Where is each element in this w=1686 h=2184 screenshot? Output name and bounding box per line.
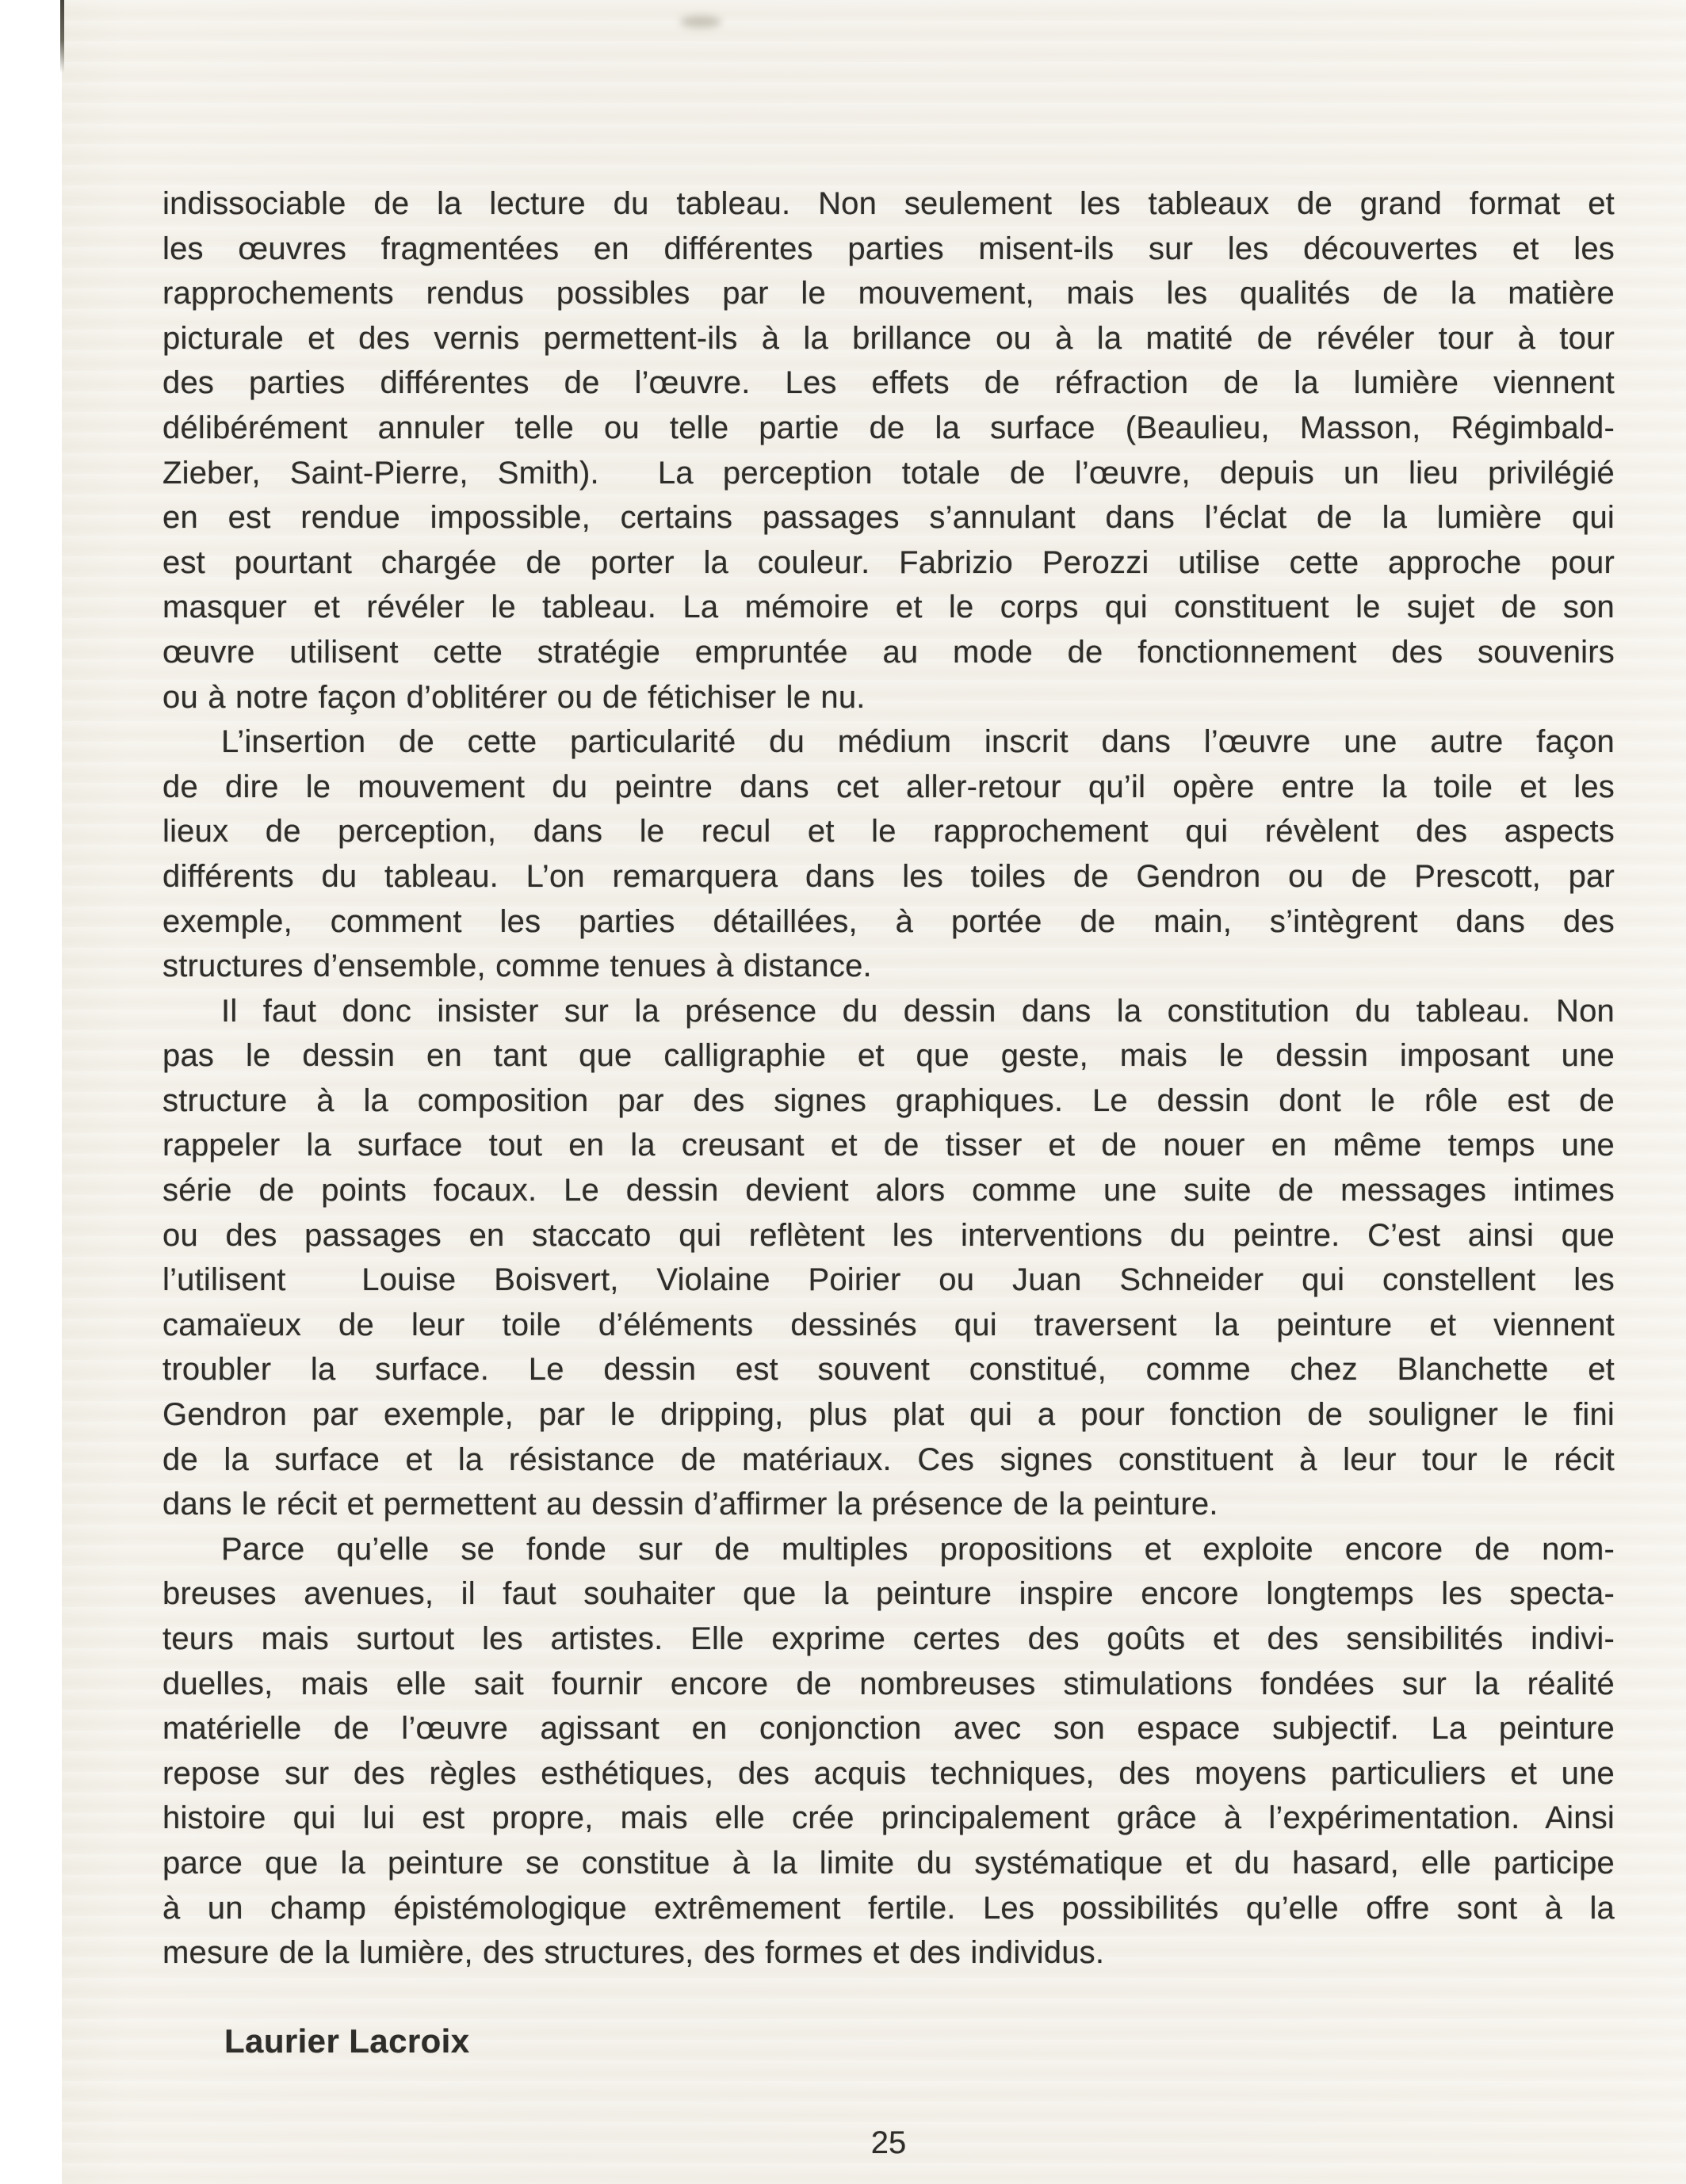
text-line: à un champ épistémologique extrêmement f… (162, 1886, 1615, 1931)
text-line: L’insertion de cette particularité du mé… (162, 720, 1615, 765)
text-line: matérielle de l’œuvre agissant en conjon… (162, 1706, 1615, 1751)
text-line: de la surface et la résistance de matéri… (162, 1438, 1615, 1483)
text-line: histoire qui lui est propre, mais elle c… (162, 1796, 1615, 1841)
text-line: exemple, comment les parties détaillées,… (162, 899, 1615, 945)
text-line: œuvre utilisent cette stratégie emprunté… (162, 630, 1615, 675)
text-line: structure à la composition par des signe… (162, 1079, 1615, 1124)
scan-smudge (680, 16, 721, 28)
text-line: est pourtant chargée de porter la couleu… (162, 540, 1615, 586)
text-line: des parties différentes de l’œuvre. Les … (162, 361, 1615, 406)
text-line: structures d’ensemble, comme tenues à di… (162, 944, 1615, 989)
text-line: indissociable de la lecture du tableau. … (162, 181, 1615, 227)
page-number: 25 (162, 2121, 1615, 2165)
author-signature: Laurier Lacroix (224, 2018, 469, 2064)
text-line: Zieber, Saint-Pierre, Smith). La percept… (162, 451, 1615, 496)
text-line: ou des passages en staccato qui reflèten… (162, 1213, 1615, 1258)
text-line: Parce qu’elle se fonde sur de multiples … (162, 1527, 1615, 1572)
text-line: rapprochements rendus possibles par le m… (162, 271, 1615, 316)
text-line: de dire le mouvement du peintre dans cet… (162, 765, 1615, 810)
text-line: lieux de perception, dans le recul et le… (162, 809, 1615, 854)
text-line: les œuvres fragmentées en différentes pa… (162, 227, 1615, 272)
text-line: mesure de la lumière, des structures, de… (162, 1930, 1615, 1976)
body-text: indissociable de la lecture du tableau. … (162, 181, 1615, 1976)
scan-edge-line (60, 0, 64, 73)
text-line: l’utilisent Louise Boisvert, Violaine Po… (162, 1258, 1615, 1303)
text-line: série de points focaux. Le dessin devien… (162, 1168, 1615, 1213)
text-line: repose sur des règles esthétiques, des a… (162, 1751, 1615, 1796)
text-line: masquer et révéler le tableau. La mémoir… (162, 585, 1615, 630)
text-line: rappeler la surface tout en la creusant … (162, 1123, 1615, 1168)
text-line: teurs mais surtout les artistes. Elle ex… (162, 1617, 1615, 1662)
text-line: dans le récit et permettent au dessin d’… (162, 1482, 1615, 1527)
text-line: picturale et des vernis permettent-ils à… (162, 316, 1615, 361)
text-line: différents du tableau. L’on remarquera d… (162, 854, 1615, 899)
text-line: duelles, mais elle sait fournir encore d… (162, 1662, 1615, 1707)
text-line: breuses avenues, il faut souhaiter que l… (162, 1571, 1615, 1617)
text-line: Il faut donc insister sur la présence du… (162, 989, 1615, 1034)
text-line: parce que la peinture se constitue à la … (162, 1841, 1615, 1886)
text-line: camaïeux de leur toile d’éléments dessin… (162, 1303, 1615, 1348)
text-line: pas le dessin en tant que calligraphie e… (162, 1033, 1615, 1079)
text-line: troubler la surface. Le dessin est souve… (162, 1347, 1615, 1392)
text-line: en est rendue impossible, certains passa… (162, 495, 1615, 540)
text-line: ou à notre façon d’oblitérer ou de fétic… (162, 675, 1615, 720)
text-line: Gendron par exemple, par le dripping, pl… (162, 1392, 1615, 1438)
text-line: délibérément annuler telle ou telle part… (162, 406, 1615, 451)
